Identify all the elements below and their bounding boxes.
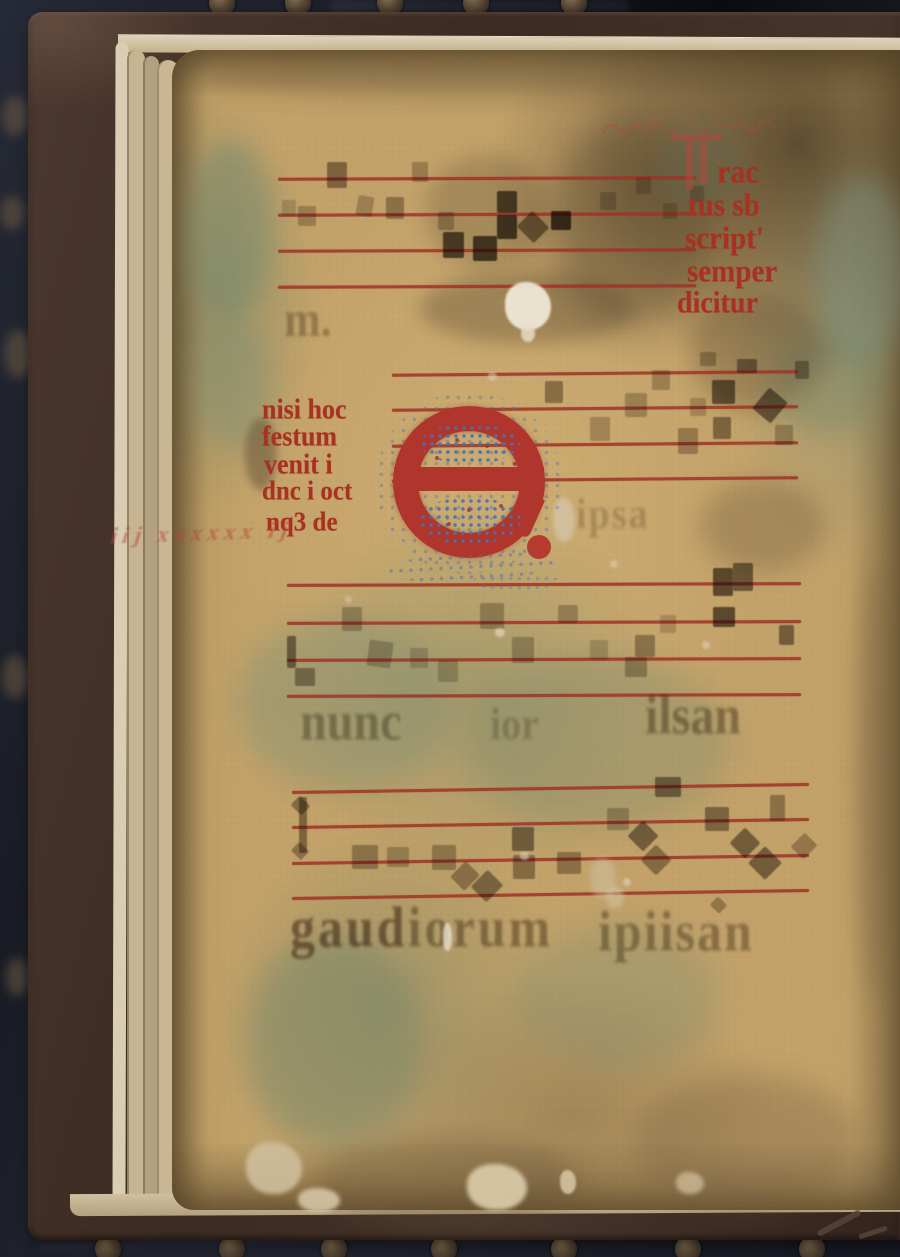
neume: [590, 640, 608, 660]
neume: [443, 232, 464, 258]
decorated-initial-T: [670, 128, 722, 196]
white-patch: [246, 1142, 302, 1194]
neume: [625, 393, 647, 417]
ghost-word: gaud: [290, 894, 408, 961]
filigree-trail-dots: [470, 574, 562, 590]
neume: [386, 197, 404, 219]
neume: [590, 417, 610, 441]
neume: [652, 370, 670, 390]
spine-band-icon: [2, 96, 28, 136]
white-patch: [467, 1164, 527, 1210]
stain: [188, 140, 273, 320]
neume: [558, 605, 578, 623]
white-patch: [623, 878, 631, 886]
rubric-line: script': [685, 222, 764, 258]
white-patch: [488, 372, 497, 381]
neume: [352, 845, 378, 869]
neume: [636, 177, 651, 194]
ghost-word: ilsan: [645, 684, 741, 747]
white-patch: [345, 596, 352, 603]
white-patch: [676, 1172, 704, 1194]
neume: [655, 777, 681, 797]
neume: [770, 795, 785, 821]
neume: [282, 200, 296, 216]
neume: [432, 845, 456, 870]
neume: [557, 852, 581, 874]
white-patch: [702, 641, 710, 649]
spine-band-icon: [2, 655, 28, 699]
stain: [200, 58, 800, 100]
neume: [737, 359, 757, 373]
ghost-word: ipiisan: [598, 898, 754, 965]
white-patch: [443, 923, 452, 951]
spine-band-icon: [0, 196, 24, 230]
neume: [387, 847, 409, 867]
neume: [690, 398, 706, 416]
neume: [473, 236, 497, 261]
ghost-word: nunc: [300, 690, 401, 753]
white-patch: [520, 852, 529, 860]
neume: [438, 212, 454, 230]
neume: [327, 162, 347, 188]
initial-T-stem: [686, 134, 693, 190]
stain: [245, 935, 420, 1150]
rubric-line: rac: [717, 155, 759, 192]
filigree-dots-lower: [419, 497, 521, 545]
white-patch: [298, 1188, 340, 1212]
neume: [635, 635, 655, 657]
neume: [625, 657, 647, 677]
neume: [713, 417, 731, 439]
neume: [342, 607, 362, 631]
neume: [298, 206, 316, 226]
initial-T-bar: [670, 134, 722, 140]
neume: [678, 428, 698, 454]
neume: [355, 195, 374, 217]
white-patch: [521, 324, 535, 342]
initial-crossbar: [394, 467, 544, 491]
neume: [607, 808, 629, 830]
neume: [497, 191, 517, 213]
neume: [512, 827, 534, 851]
filigree-dots-upper: [420, 424, 520, 464]
neume: [545, 381, 563, 403]
neume: [660, 615, 676, 633]
neume: [705, 807, 729, 831]
ghost-word: m.: [284, 290, 332, 349]
neume: [733, 563, 753, 591]
neume: [410, 648, 428, 668]
stain: [315, 1135, 580, 1230]
neume: [480, 603, 504, 629]
neume: [287, 636, 296, 668]
spine-band-icon: [6, 958, 28, 996]
rubric-line: tus sb: [688, 189, 760, 225]
rubric-line: semper: [687, 255, 777, 291]
white-patch: [505, 282, 551, 330]
stain: [856, 560, 900, 1000]
neume: [795, 361, 809, 379]
neume: [713, 607, 735, 627]
neume: [600, 192, 616, 210]
manuscript-photo: m.ipsanunciorilsangaudiorumgaudipiisan r…: [0, 0, 900, 1257]
margin-note-line: dnc i oct: [262, 477, 352, 507]
stain: [635, 1075, 860, 1210]
filigree-red-dots: [455, 438, 459, 442]
neume: [438, 660, 458, 682]
neume: [779, 625, 794, 645]
white-patch: [495, 628, 505, 637]
ghost-word: ipsa: [576, 489, 649, 540]
white-patch: [606, 886, 624, 908]
neume: [512, 637, 534, 663]
white-patch: [610, 560, 618, 568]
initial-T-stem: [700, 134, 707, 184]
neume: [700, 352, 716, 366]
white-patch: [560, 1170, 576, 1194]
neume: [713, 568, 733, 596]
stain: [700, 480, 825, 572]
ghost-word: ior: [490, 696, 539, 750]
neume: [497, 215, 517, 239]
neume: [295, 668, 315, 686]
neume: [412, 162, 428, 182]
neume: [712, 380, 735, 404]
neume: [551, 211, 571, 230]
neume: [775, 425, 793, 445]
neume: [663, 203, 677, 219]
neume: [366, 639, 393, 668]
rubric-line: dicitur: [677, 287, 758, 322]
